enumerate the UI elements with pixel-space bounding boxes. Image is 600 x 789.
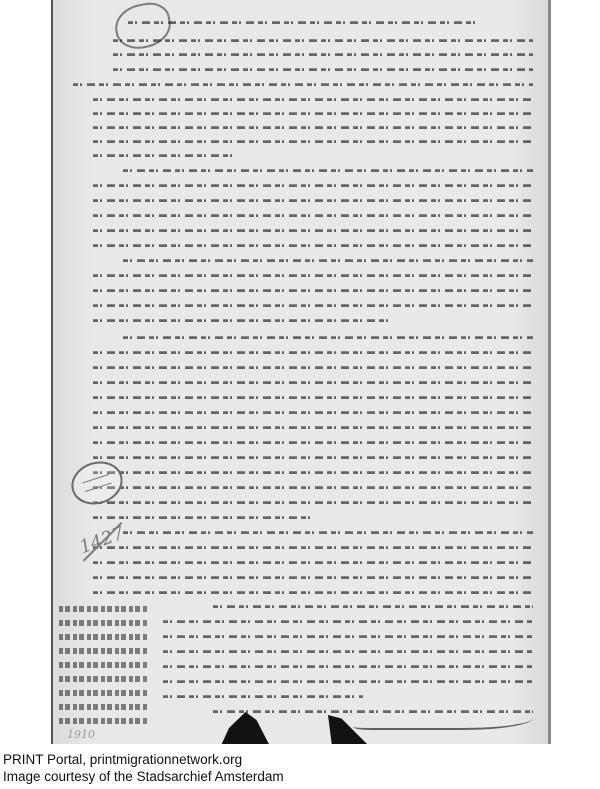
handwriting-line (93, 408, 533, 416)
image-caption: PRINT Portal, printmigrationnetwork.org … (3, 751, 284, 785)
manuscript-page: 1427 1910 (51, 0, 551, 744)
margin-note-line (59, 648, 149, 654)
caption-source: PRINT Portal, printmigrationnetwork.org (3, 751, 284, 768)
handwriting-line (163, 677, 533, 685)
handwriting-line (113, 36, 533, 44)
handwriting-line (93, 151, 233, 159)
handwriting-line (93, 513, 313, 521)
handwriting-line (73, 80, 533, 88)
handwriting-line (93, 271, 533, 279)
handwriting-line (93, 393, 533, 401)
handwriting-line (123, 166, 533, 174)
struck-number: 1427 (77, 523, 127, 558)
handwriting-line (93, 316, 393, 324)
margin-note-line (59, 620, 149, 626)
handwriting-line (93, 241, 533, 249)
margin-note-line (59, 662, 149, 668)
handwriting-line (93, 498, 533, 506)
handwriting-line (93, 573, 533, 581)
handwriting-line (93, 558, 533, 566)
margin-note-line (59, 704, 149, 710)
pencil-folio-number: 1910 (67, 728, 95, 741)
handwriting-line (93, 123, 533, 131)
handwriting-line (93, 211, 533, 219)
handwriting-line (93, 286, 533, 294)
handwriting-line (163, 617, 533, 625)
handwriting-line (93, 483, 533, 491)
handwriting-line (123, 333, 533, 341)
margin-note-line (59, 634, 149, 640)
handwriting-line (113, 65, 533, 73)
handwriting-line (163, 632, 533, 640)
handwriting-line (93, 363, 533, 371)
handwriting-line (93, 453, 533, 461)
handwriting-line (93, 378, 533, 386)
handwriting-line (93, 588, 533, 596)
handwriting-line (93, 543, 533, 551)
decorative-initial (111, 0, 175, 53)
handwriting-line (113, 50, 533, 58)
margin-note-line (59, 606, 149, 612)
handwriting-line (93, 95, 533, 103)
paper-damage-hole (218, 712, 273, 744)
handwriting-line (163, 662, 533, 670)
margin-note-line (59, 718, 149, 724)
margin-note-line (59, 676, 149, 682)
margin-note-line (59, 690, 149, 696)
handwriting-line (123, 256, 533, 264)
signature (353, 700, 533, 730)
handwriting-line (93, 438, 533, 446)
handwriting-line (93, 468, 533, 476)
handwriting-line (93, 181, 533, 189)
handwriting-line (128, 18, 478, 26)
handwriting-line (123, 528, 533, 536)
handwriting-line (93, 196, 533, 204)
handwriting-line (163, 647, 533, 655)
caption-credit: Image courtesy of the Stadsarchief Amste… (3, 768, 284, 785)
handwriting-line (93, 226, 533, 234)
handwriting-line (163, 692, 363, 700)
handwriting-line (213, 602, 533, 610)
handwriting-line (93, 423, 533, 431)
handwriting-line (93, 137, 533, 145)
handwriting-line (93, 301, 533, 309)
handwriting-line (93, 109, 533, 117)
handwriting-line (93, 348, 533, 356)
